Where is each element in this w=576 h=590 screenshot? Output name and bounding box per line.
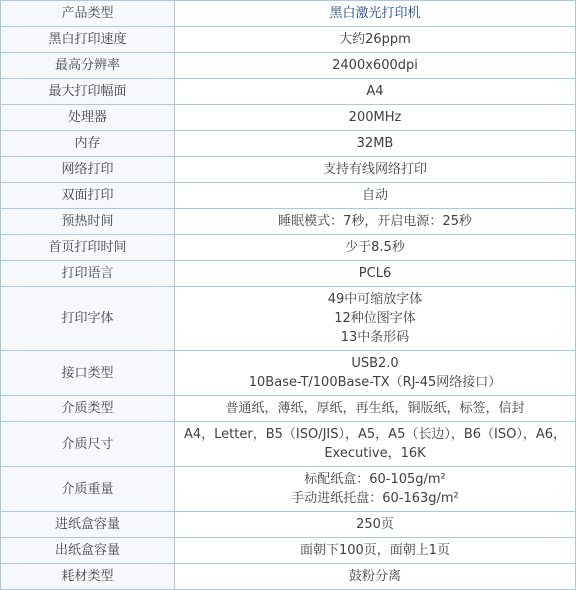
table-row: 介质类型普通纸，薄纸，厚纸，再生纸，铜版纸，标签，信封 [1,396,576,422]
spec-value-line: 2400x600dpi [179,56,571,75]
spec-value-cell: 黑白激光打印机 [175,1,576,27]
spec-value-line: 10Base-T/100Base-TX（RJ-45网络接口） [179,373,571,392]
table-row: 最高分辨率2400x600dpi [1,53,576,79]
table-row: 处理器200MHz [1,105,576,131]
table-row: 首页打印时间少于8.5秒 [1,235,576,261]
spec-label: 最大打印幅面 [1,79,175,105]
spec-value-line: 睡眠模式：7秒，开启电源：25秒 [179,212,571,231]
spec-value-line: 普通纸，薄纸，厚纸，再生纸，铜版纸，标签，信封 [179,399,571,418]
spec-label: 产品类型 [1,1,175,27]
table-row: 打印字体49中可缩放字体12种位图字体13中条形码 [1,287,576,351]
spec-label: 黑白打印速度 [1,27,175,53]
spec-value-line: 32MB [179,134,571,153]
table-row: 介质尺寸A4，Letter，B5（ISO/JIS），A5，A5（长边），B6（I… [1,422,576,467]
product-spec-page: 产品类型黑白激光打印机黑白打印速度大约26ppm最高分辨率2400x600dpi… [0,0,576,590]
spec-value-line: A4 [179,82,571,101]
product-type-link[interactable]: 黑白激光打印机 [179,4,571,23]
spec-table-body: 产品类型黑白激光打印机黑白打印速度大约26ppm最高分辨率2400x600dpi… [1,1,576,590]
spec-label: 双面打印 [1,183,175,209]
spec-label: 耗材类型 [1,564,175,590]
spec-value-cell: 支持有线网络打印 [175,157,576,183]
table-row: 网络打印支持有线网络打印 [1,157,576,183]
spec-value-line: PCL6 [179,264,571,283]
table-row: 黑白打印速度大约26ppm [1,27,576,53]
spec-value-cell: 250页 [175,512,576,538]
spec-value-cell: 32MB [175,131,576,157]
spec-value-cell: 面朝下100页，面朝上1页 [175,538,576,564]
spec-value-line: 自动 [179,186,571,205]
spec-label: 首页打印时间 [1,235,175,261]
spec-value-cell: A4 [175,79,576,105]
spec-value-cell: 鼓粉分离 [175,564,576,590]
spec-label: 网络打印 [1,157,175,183]
spec-table: 产品类型黑白激光打印机黑白打印速度大约26ppm最高分辨率2400x600dpi… [0,0,576,590]
spec-label: 内存 [1,131,175,157]
table-row: 内存32MB [1,131,576,157]
table-row: 耗材类型鼓粉分离 [1,564,576,590]
table-row: 出纸盒容量面朝下100页，面朝上1页 [1,538,576,564]
spec-label: 介质尺寸 [1,422,175,467]
table-row: 接口类型USB2.010Base-T/100Base-TX（RJ-45网络接口） [1,351,576,396]
spec-label: 介质重量 [1,467,175,512]
spec-value-line: 250页 [179,515,571,534]
spec-label: 最高分辨率 [1,53,175,79]
spec-value-line: 标配纸盒：60-105g/m² [179,470,571,489]
spec-label: 出纸盒容量 [1,538,175,564]
spec-value-cell: USB2.010Base-T/100Base-TX（RJ-45网络接口） [175,351,576,396]
table-row: 进纸盒容量250页 [1,512,576,538]
spec-label: 处理器 [1,105,175,131]
spec-value-line: 200MHz [179,108,571,127]
spec-value-line: 支持有线网络打印 [179,160,571,179]
spec-label: 打印字体 [1,287,175,351]
spec-value-line: 12种位图字体 [179,309,571,328]
spec-value-line: 少于8.5秒 [179,238,571,257]
spec-value-line: 49中可缩放字体 [179,290,571,309]
spec-label: 预热时间 [1,209,175,235]
spec-label: 接口类型 [1,351,175,396]
spec-value-cell: PCL6 [175,261,576,287]
table-row: 预热时间睡眠模式：7秒，开启电源：25秒 [1,209,576,235]
table-row: 双面打印自动 [1,183,576,209]
spec-label: 打印语言 [1,261,175,287]
spec-label: 进纸盒容量 [1,512,175,538]
spec-value-cell: 自动 [175,183,576,209]
spec-value-cell: 大约26ppm [175,27,576,53]
spec-value-line: A4，Letter，B5（ISO/JIS），A5，A5（长边），B6（ISO），… [179,425,571,463]
spec-value-cell: 49中可缩放字体12种位图字体13中条形码 [175,287,576,351]
table-row: 介质重量标配纸盒：60-105g/m²手动进纸托盘：60-163g/m² [1,467,576,512]
spec-value-line: 手动进纸托盘：60-163g/m² [179,489,571,508]
spec-label: 介质类型 [1,396,175,422]
spec-value-cell: 睡眠模式：7秒，开启电源：25秒 [175,209,576,235]
spec-value-line: USB2.0 [179,354,571,373]
spec-value-line: 鼓粉分离 [179,567,571,586]
table-row: 最大打印幅面A4 [1,79,576,105]
spec-value-line: 13中条形码 [179,328,571,347]
spec-value-cell: 200MHz [175,105,576,131]
spec-value-cell: 标配纸盒：60-105g/m²手动进纸托盘：60-163g/m² [175,467,576,512]
table-row: 产品类型黑白激光打印机 [1,1,576,27]
spec-value-cell: A4，Letter，B5（ISO/JIS），A5，A5（长边），B6（ISO），… [175,422,576,467]
table-row: 打印语言PCL6 [1,261,576,287]
spec-value-line: 面朝下100页，面朝上1页 [179,541,571,560]
spec-value-cell: 普通纸，薄纸，厚纸，再生纸，铜版纸，标签，信封 [175,396,576,422]
spec-value-cell: 少于8.5秒 [175,235,576,261]
spec-value-line: 大约26ppm [179,30,571,49]
spec-value-cell: 2400x600dpi [175,53,576,79]
